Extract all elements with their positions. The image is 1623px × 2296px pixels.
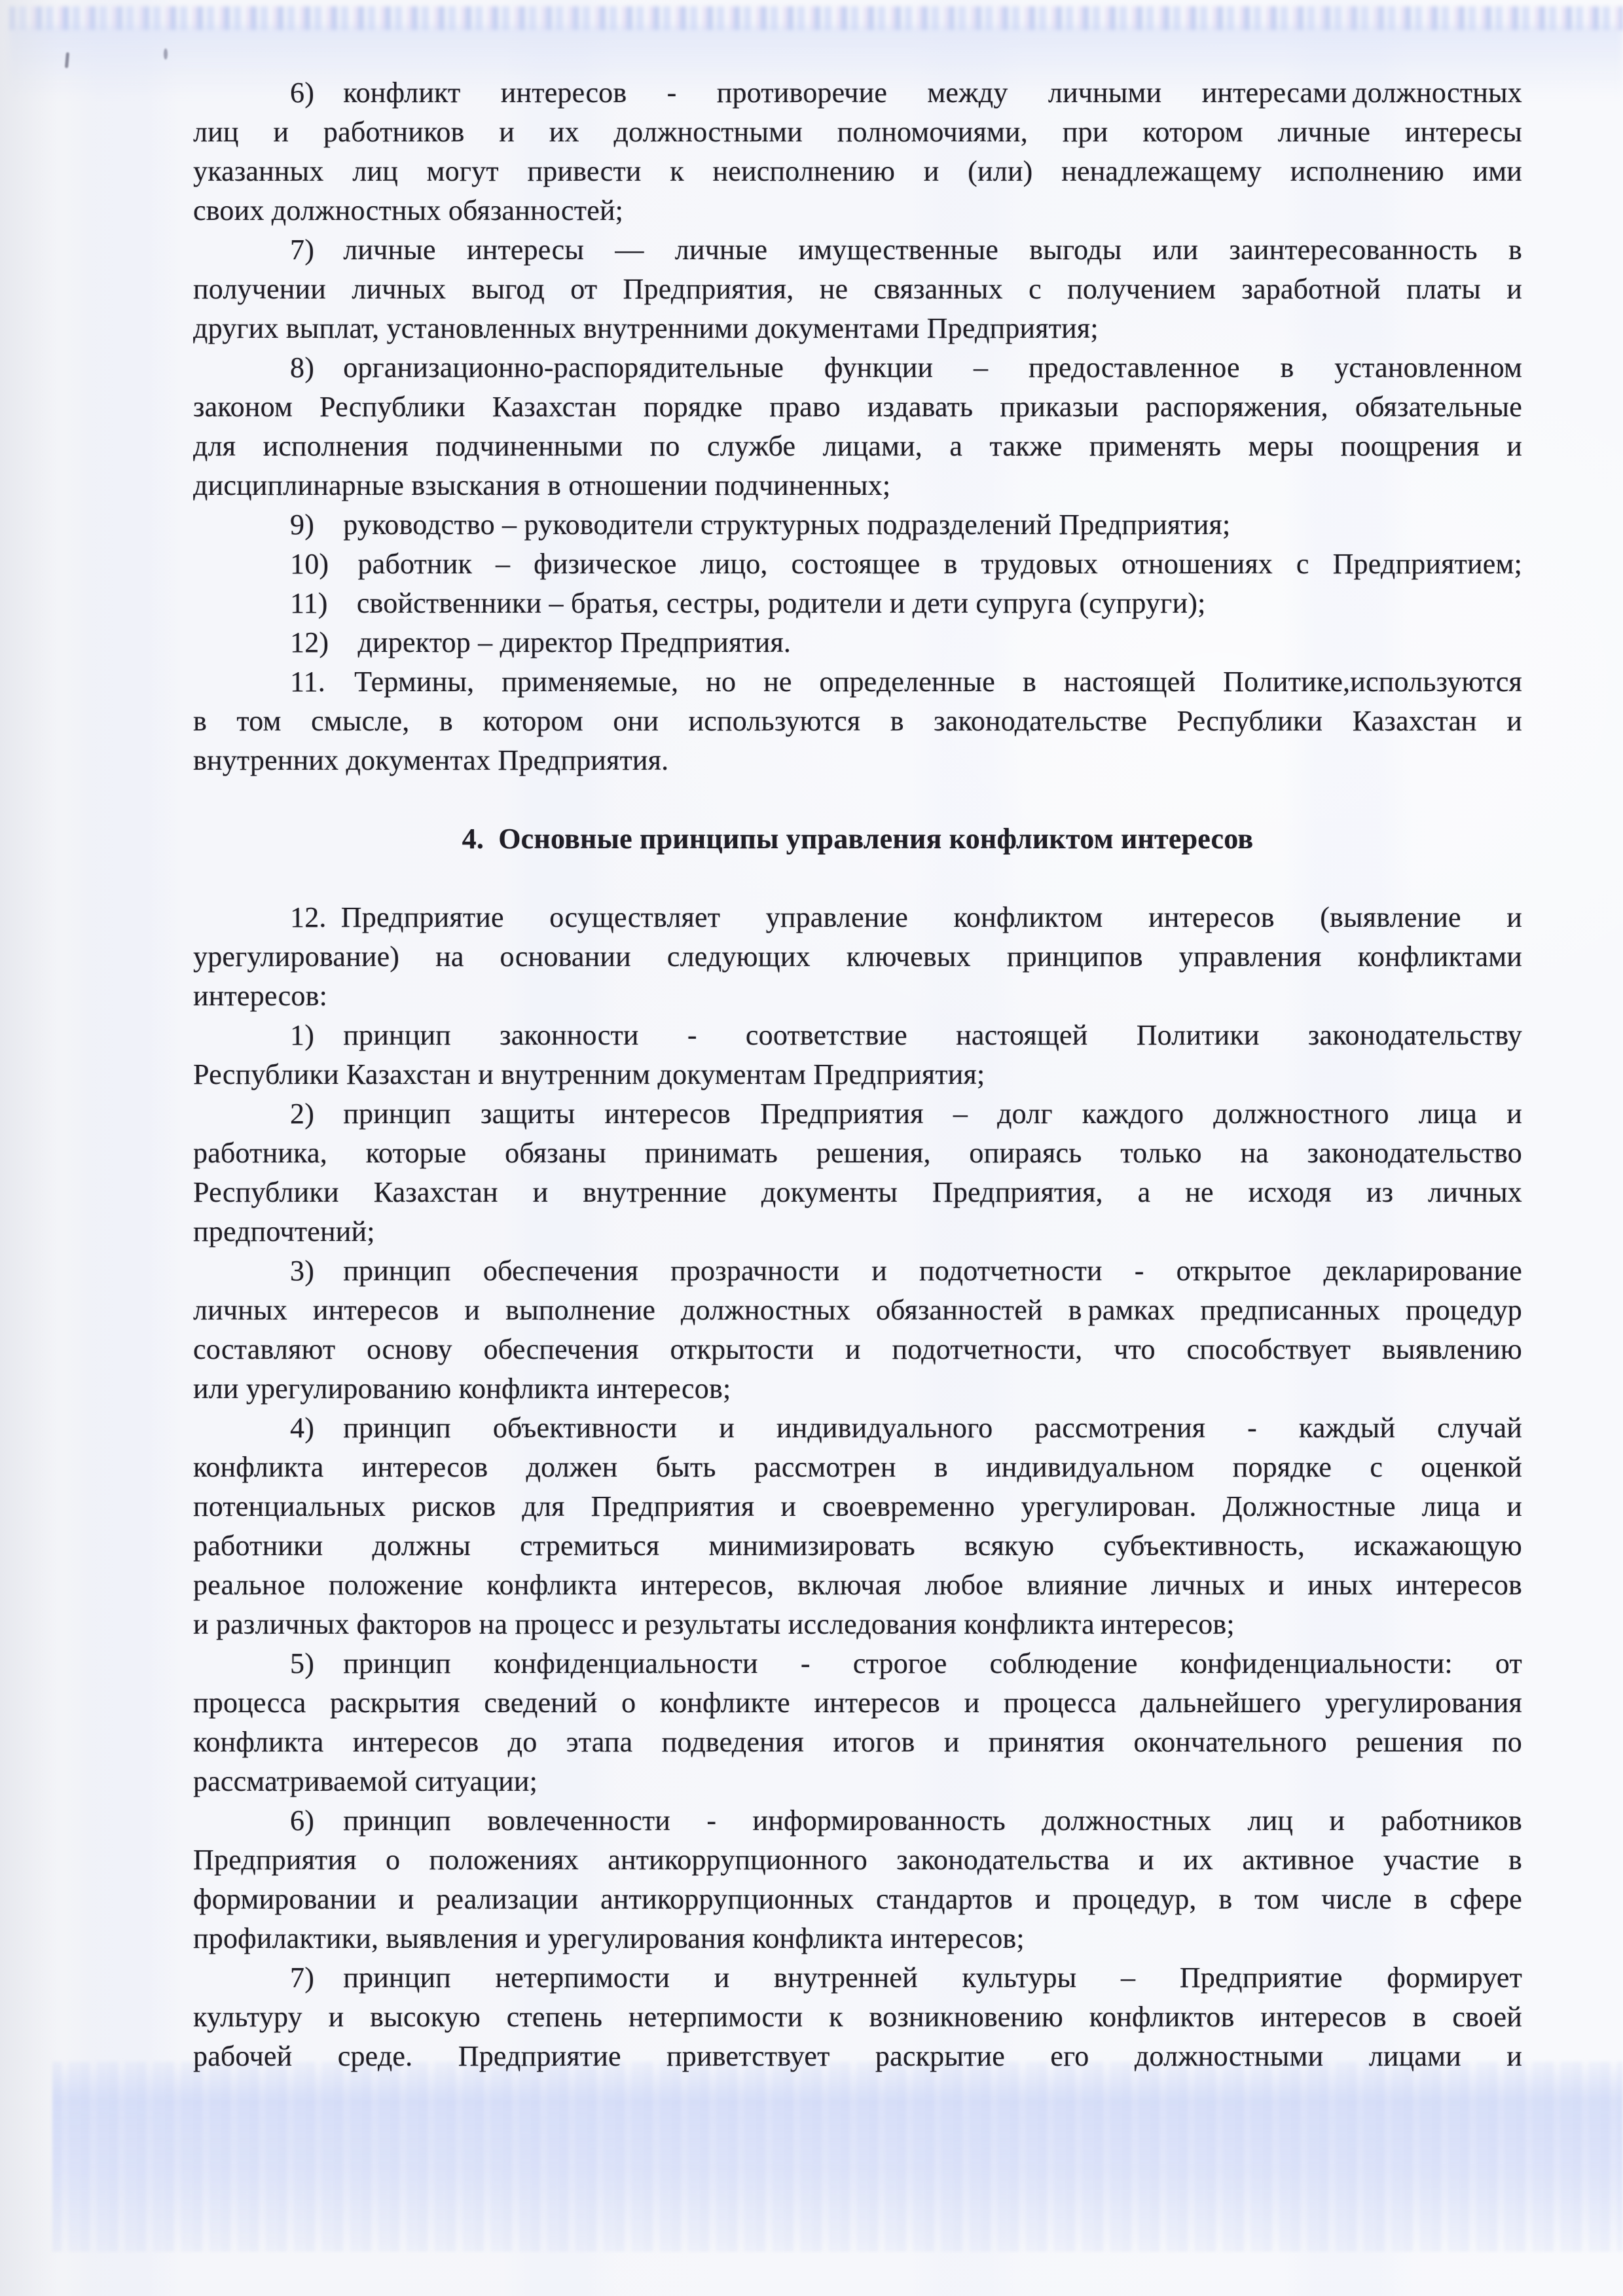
text-line: Республики Казахстан и внутренние докуме… <box>193 1173 1522 1212</box>
text-line: получении личных выгод от Предприятия, н… <box>193 270 1522 309</box>
text-line: реальное положение конфликта интересов, … <box>193 1566 1522 1605</box>
text-line: рабочей среде. Предприятие приветствует … <box>193 2037 1522 2076</box>
text-line: 10) работник – физическое лицо, состояще… <box>290 545 1522 584</box>
paragraph: 7) принцип нетерпимости и внутренней кул… <box>193 1958 1522 2076</box>
text-line: рассматриваемой ситуации; <box>193 1762 1522 1801</box>
heading-line: 4. Основные принципы управления конфликт… <box>193 819 1522 859</box>
paragraph: 9) руководство – руководители структурны… <box>193 505 1522 545</box>
text-line: 4) принцип объективности и индивидуально… <box>290 1408 1522 1448</box>
text-line: конфликта интересов до этапа подведения … <box>193 1723 1522 1762</box>
scanned-document-page: 6) конфликт интересов - противоречие меж… <box>0 0 1623 2296</box>
paragraph: 1) принцип законности - соответствие нас… <box>193 1016 1522 1094</box>
text-line: законом Республики Казахстан порядке пра… <box>193 387 1522 427</box>
text-line: урегулирование) на основании следующих к… <box>193 937 1522 977</box>
text-line: 3) принцип обеспечения прозрачности и по… <box>290 1251 1522 1291</box>
scan-noise-band-bottom <box>52 2062 1623 2251</box>
text-line: лиц и работников и их должностными полно… <box>193 113 1522 152</box>
paragraph: 2) принцип защиты интересов Предприятия … <box>193 1094 1522 1251</box>
text-line: в том смысле, в котором они используются… <box>193 702 1522 741</box>
text-line: 1) принцип законности - соответствие нас… <box>290 1016 1522 1055</box>
text-line: 11. Термины, применяемые, но не определе… <box>290 662 1522 702</box>
paragraph: 11) свойственники – братья, сестры, роди… <box>193 584 1522 623</box>
text-line: работника, которые обязаны принимать реш… <box>193 1134 1522 1173</box>
text-line: внутренних документах Предприятия. <box>193 741 1522 780</box>
text-line: формировании и реализации антикоррупцион… <box>193 1880 1522 1919</box>
paragraph: 5) принцип конфиденциальности - строгое … <box>193 1644 1522 1801</box>
text-line: 11) свойственники – братья, сестры, роди… <box>290 584 1522 623</box>
text-line: 9) руководство – руководители структурны… <box>290 505 1522 545</box>
paragraph: 6) конфликт интересов - противоречие меж… <box>193 73 1522 230</box>
scan-speck <box>164 48 168 60</box>
paragraph: 12) директор – директор Предприятия. <box>193 623 1522 662</box>
text-line: 6) принцип вовлеченности - информированн… <box>290 1801 1522 1840</box>
text-line: указанных лиц могут привести к неисполне… <box>193 152 1522 191</box>
paragraph: 8) организационно-распорядительные функц… <box>193 348 1522 505</box>
text-line: и различных факторов на процесс и резуль… <box>193 1605 1522 1644</box>
text-line: 5) принцип конфиденциальности - строгое … <box>290 1644 1522 1683</box>
text-line: составляют основу обеспечения открытости… <box>193 1330 1522 1369</box>
text-line: Республики Казахстан и внутренним докуме… <box>193 1055 1522 1094</box>
text-line: 7) принцип нетерпимости и внутренней кул… <box>290 1958 1522 1998</box>
paragraph: 3) принцип обеспечения прозрачности и по… <box>193 1251 1522 1408</box>
paragraph: 10) работник – физическое лицо, состояще… <box>193 545 1522 584</box>
text-line: 6) конфликт интересов - противоречие меж… <box>290 73 1522 113</box>
text-line: потенциальных рисков для Предприятия и с… <box>193 1487 1522 1526</box>
document-body: 6) конфликт интересов - противоречие меж… <box>193 73 1522 2076</box>
text-line: 12. Предприятие осуществляет управление … <box>290 898 1522 937</box>
text-line: конфликта интересов должен быть рассмотр… <box>193 1448 1522 1487</box>
scan-left-edge-shade <box>0 0 58 2296</box>
text-line: предпочтений; <box>193 1212 1522 1251</box>
text-line: 12) директор – директор Предприятия. <box>290 623 1522 662</box>
paragraph: 6) принцип вовлеченности - информированн… <box>193 1801 1522 1958</box>
text-line: своих должностных обязанностей; <box>193 191 1522 230</box>
text-line: 7) личные интересы — личные имущественны… <box>290 230 1522 270</box>
text-line: для исполнения подчиненными по службе ли… <box>193 427 1522 466</box>
text-line: процесса раскрытия сведений о конфликте … <box>193 1683 1522 1723</box>
section-heading: 4. Основные принципы управления конфликт… <box>193 819 1522 859</box>
paragraph: 7) личные интересы — личные имущественны… <box>193 230 1522 348</box>
text-line: личных интересов и выполнение должностны… <box>193 1291 1522 1330</box>
paragraph: 11. Термины, применяемые, но не определе… <box>193 662 1522 780</box>
text-line: культуру и высокую степень нетерпимости … <box>193 1998 1522 2037</box>
text-line: интересов: <box>193 977 1522 1016</box>
text-line: или урегулированию конфликта интересов; <box>193 1369 1522 1408</box>
text-line: профилактики, выявления и урегулирования… <box>193 1919 1522 1958</box>
text-line: дисциплинарные взыскания в отношении под… <box>193 466 1522 505</box>
text-line: 2) принцип защиты интересов Предприятия … <box>290 1094 1522 1134</box>
paragraph: 12. Предприятие осуществляет управление … <box>193 898 1522 1016</box>
text-line: работники должны стремиться минимизирова… <box>193 1526 1522 1566</box>
text-line: Предприятия о положениях антикоррупционн… <box>193 1840 1522 1880</box>
text-line: других выплат, установленных внутренними… <box>193 309 1522 348</box>
paragraph: 4) принцип объективности и индивидуально… <box>193 1408 1522 1644</box>
text-line: 8) организационно-распорядительные функц… <box>290 348 1522 387</box>
